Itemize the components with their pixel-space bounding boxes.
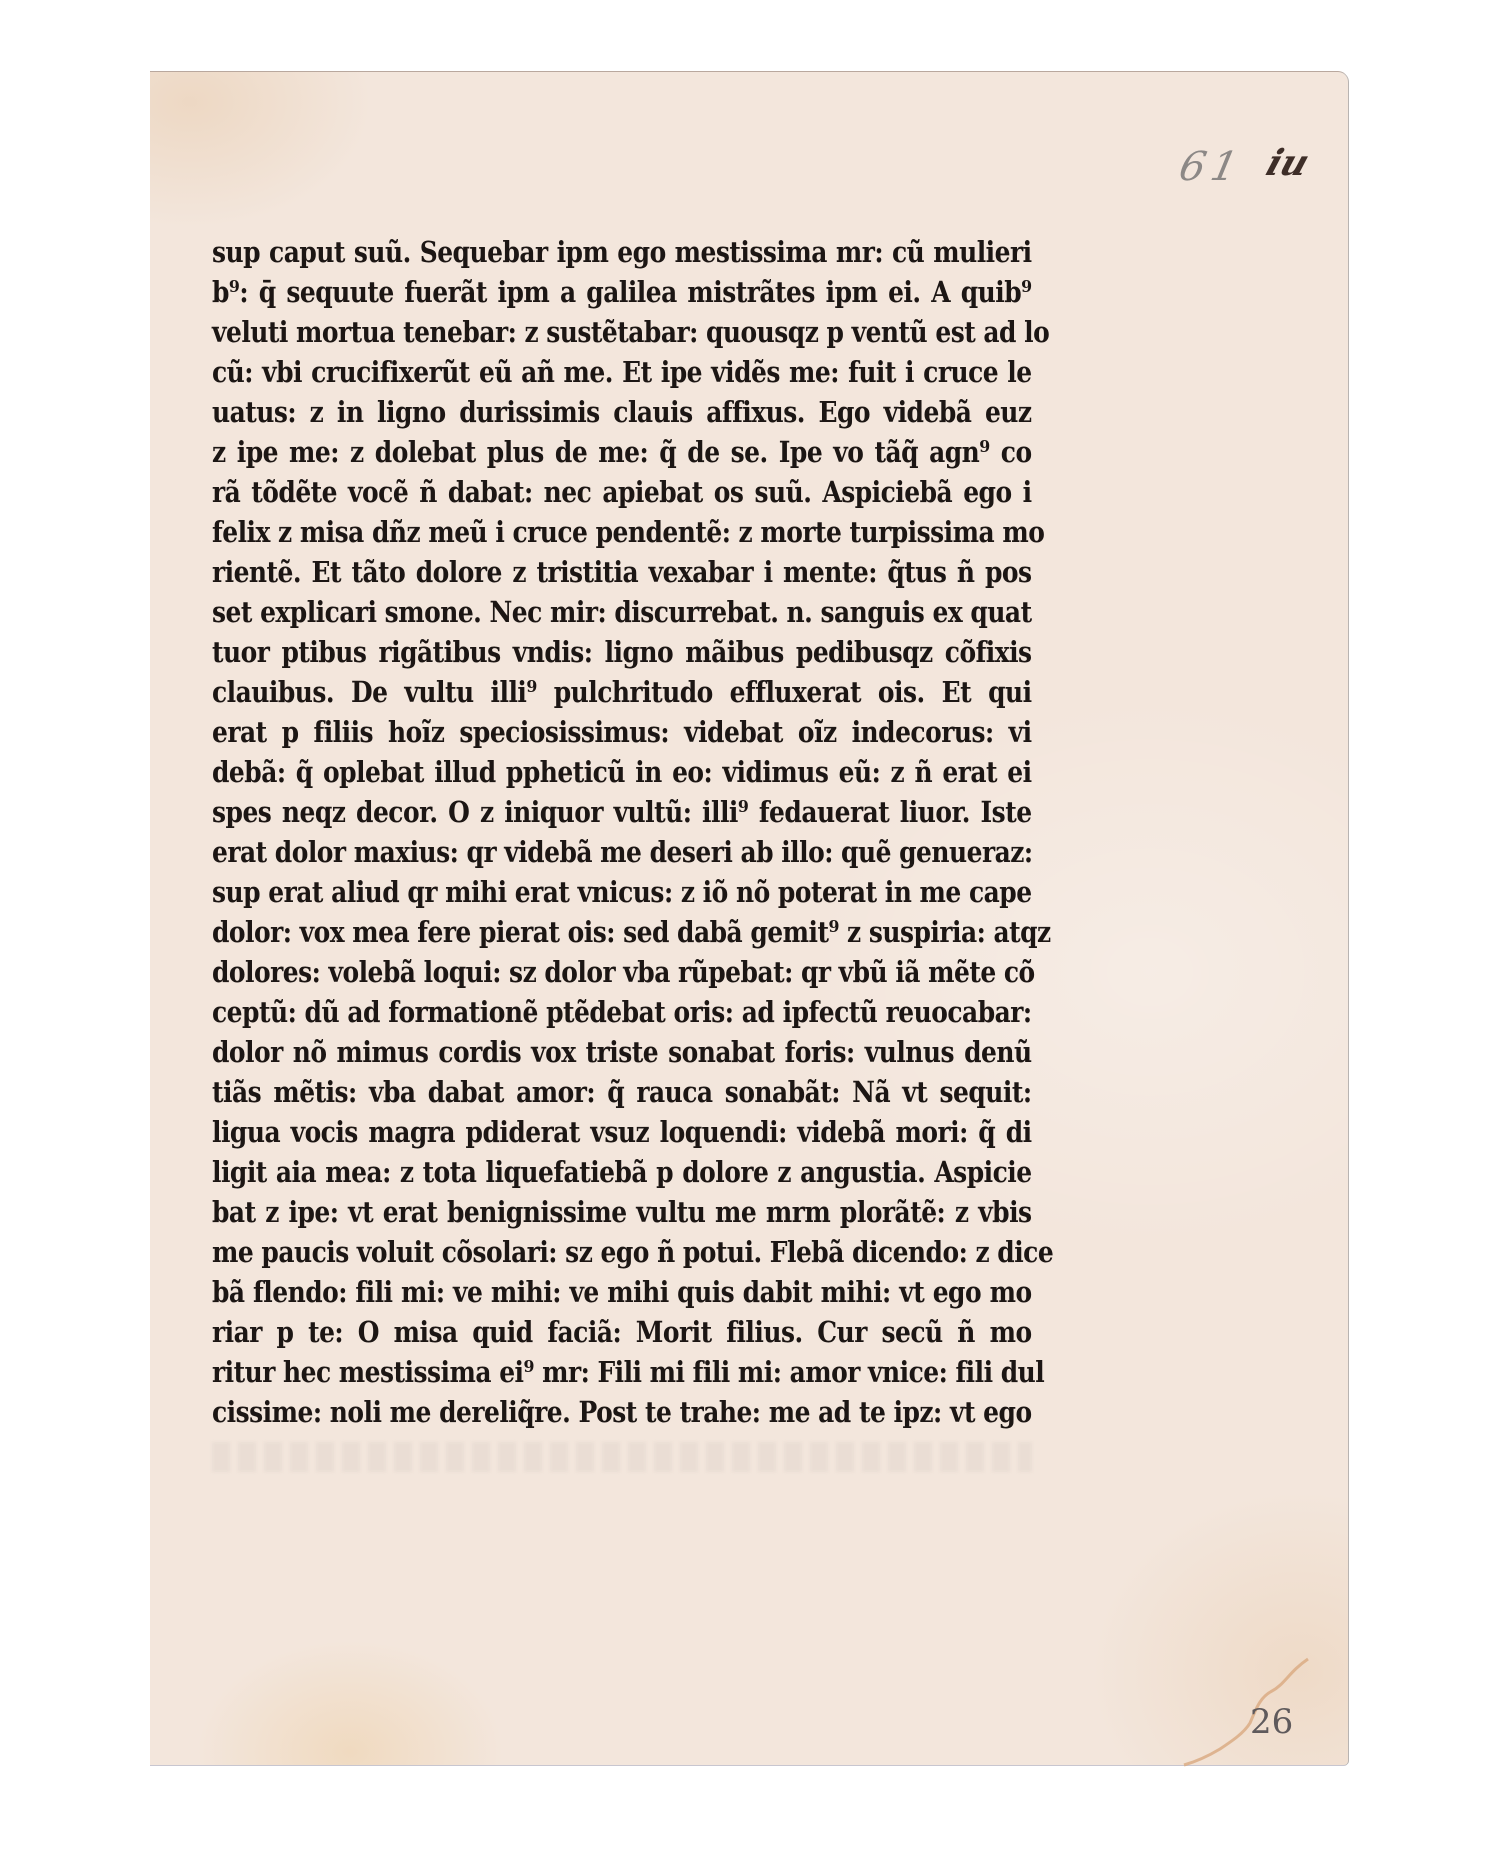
ink-folio-annotation: iu [1261, 142, 1315, 184]
book-leaf: 61 iu sup caput suũ. Sequebar ipm ego me… [150, 72, 1348, 1765]
text-line: dolor nõ mimus cordis vox triste sonabat… [212, 1032, 1032, 1072]
text-line: veluti mortua tenebar: z sustẽtabar: quo… [212, 312, 1032, 352]
text-line: me paucis voluit cõsolari: sz ego ñ potu… [212, 1232, 1032, 1272]
text-line: riar p te: O misa quid faciã: Morit fili… [212, 1312, 1032, 1352]
text-line: debã: q̃ oplebat illud ppheticũ in eo: v… [212, 752, 1032, 792]
text-line: rientẽ. Et tãto dolore z tristitia vexab… [212, 552, 1032, 592]
text-line: sup erat aliud qr mihi erat vnicus: z iõ… [212, 872, 1032, 912]
text-line: dolores: volebã loqui: sz dolor vba rũpe… [212, 952, 1032, 992]
text-line: spes neqz decor. O z iniquor vultũ: illi… [212, 792, 1032, 832]
text-line: z ipe me: z dolebat plus de me: q̃ de se… [212, 432, 1032, 472]
pencil-folio-annotation: 61 [1175, 144, 1248, 190]
pencil-page-number: 26 [1250, 1702, 1293, 1742]
text-line: bat z ipe: vt erat benignissime vultu me… [212, 1192, 1032, 1232]
text-line: uatus: z in ligno durissimis clauis affi… [212, 392, 1032, 432]
verso-show-through [212, 1442, 1032, 1472]
text-line: erat p filiis hoĩz speciosissimus: videb… [212, 712, 1032, 752]
text-line: cũ: vbi crucifixerũt eũ añ me. Et ipe vi… [212, 352, 1032, 392]
text-line: sup caput suũ. Sequebar ipm ego mestissi… [212, 232, 1032, 272]
text-line: set explicari smone. Nec mir: discurreba… [212, 592, 1032, 632]
text-line: ceptũ: dũ ad formationẽ ptẽdebat oris: a… [212, 992, 1032, 1032]
text-line: ligit aia mea: z tota liquefatiebã p dol… [212, 1152, 1032, 1192]
text-line: tuor ptibus rigãtibus vndis: ligno mãibu… [212, 632, 1032, 672]
text-line: erat dolor maxius: qr videbã me deseri a… [212, 832, 1032, 872]
text-line: dolor: vox mea fere pierat ois: sed dabã… [212, 912, 1032, 952]
text-line: rã tõdẽte vocẽ ñ dabat: nec apiebat os s… [212, 472, 1032, 512]
gothic-text-column: sup caput suũ. Sequebar ipm ego mestissi… [212, 232, 1032, 1432]
text-line: cissime: noli me dereliq̃re. Post te tra… [212, 1392, 1032, 1432]
text-line: bã flendo: fili mi: ve mihi: ve mihi qui… [212, 1272, 1032, 1312]
text-line: ritur hec mestissima ei⁹ mr: Fili mi fil… [212, 1352, 1032, 1392]
text-line: tiãs mẽtis: vba dabat amor: q̃ rauca son… [212, 1072, 1032, 1112]
text-line: felix z misa dñz meũ i cruce pendentẽ: z… [212, 512, 1032, 552]
text-line: clauibus. De vultu illi⁹ pulchritudo eff… [212, 672, 1032, 712]
text-line: ligua vocis magra pdiderat vsuz loquendi… [212, 1112, 1032, 1152]
text-line: b⁹: q̄ sequute fuerãt ipm a galilea mist… [212, 272, 1032, 312]
